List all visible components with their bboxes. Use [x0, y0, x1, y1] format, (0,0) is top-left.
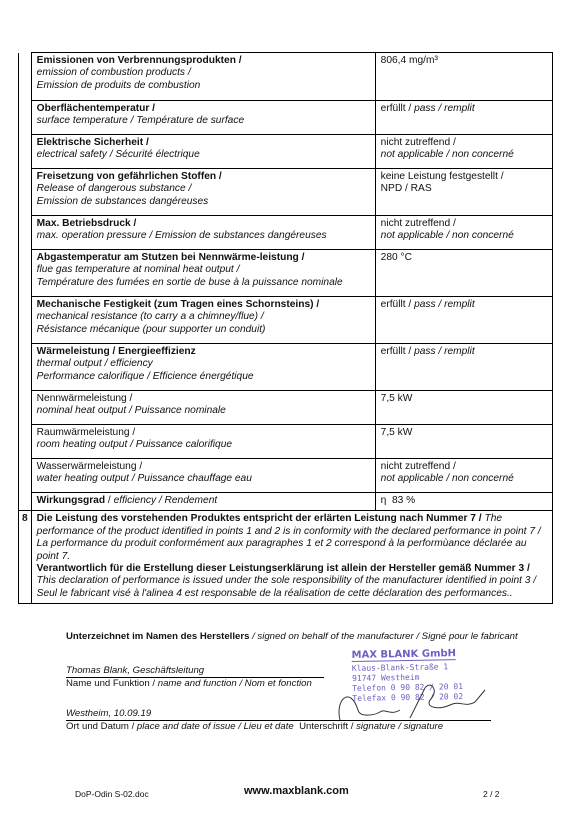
name-value: Thomas Blank, Geschäftsleitung [66, 665, 324, 678]
criterion-en: room heating output / Puissance calorifi… [37, 439, 370, 451]
signature-label-de: Unterschrift / [299, 721, 356, 732]
performance-cell: 7,5 kW [375, 425, 552, 459]
place-label-it: place and date of issue / Lieu et date [137, 721, 294, 732]
efficiency-value: 83 % [392, 495, 415, 506]
row-number-cell [19, 135, 32, 169]
criterion-cell: Emissionen von Verbrennungsprodukten /em… [31, 53, 375, 101]
performance-cell: 280 °C [375, 250, 552, 297]
criterion-de: Raumwärmeleistung / [37, 427, 370, 439]
row-number-cell [19, 250, 32, 297]
performance-cell: nicht zutreffend /not applicable / non c… [375, 459, 552, 493]
section-number: 8 [19, 511, 32, 604]
criterion-de: Elektrische Sicherheit / [37, 137, 370, 149]
performance-value-translation: NPD / RAS [381, 183, 547, 195]
performance-value: 7,5 kW [381, 393, 547, 405]
performance-value-de: nicht zutreffend / [381, 461, 547, 473]
performance-cell: keine Leistung festgestellt /NPD / RAS [375, 169, 552, 216]
criterion-cell: Mechanische Festigkeit (zum Tragen eines… [31, 297, 375, 344]
row-number-cell [19, 169, 32, 216]
performance-cell: erfüllt / pass / remplit [375, 297, 552, 344]
criterion-fr: Résistance mécanique (pour supporter un … [37, 324, 370, 336]
footer-website-link[interactable]: www.maxblank.com [244, 785, 349, 797]
table-row: Elektrische Sicherheit /electrical safet… [19, 135, 553, 169]
criterion-cell: Nennwärmeleistung /nominal heat output /… [31, 391, 375, 425]
section-8-row: 8Die Leistung des vorstehenden Produktes… [19, 511, 553, 604]
signed-on-behalf: Unterzeichnet im Namen des Herstellers /… [66, 631, 518, 643]
signed-de: Unterzeichnet im Namen des Herstellers [66, 631, 249, 642]
responsibility-translation: This declaration of performance is issue… [37, 575, 536, 598]
performance-table: Emissionen von Verbrennungsprodukten /em… [18, 52, 553, 604]
criterion-en: flue gas temperature at nominal heat out… [37, 264, 370, 276]
criterion-en: emission of combustion products / [37, 67, 370, 79]
table-row: Oberflächentemperatur /surface temperatu… [19, 101, 553, 135]
place-date-label: Ort und Datum / place and date of issue … [66, 721, 491, 733]
criterion-cell: Wärmeleistung / Energieeffizienzthermal … [31, 344, 375, 391]
criterion-fr: Emission de produits de combustion [37, 80, 370, 92]
responsibility-de: Verantwortlich für die Erstellung dieser… [37, 563, 530, 574]
performance-cell: erfüllt / pass / remplit [375, 344, 552, 391]
criterion-en: max. operation pressure / Emission de su… [37, 230, 370, 242]
criterion-de: Freisetzung von gefährlichen Stoffen / [37, 171, 370, 183]
row-number-cell [19, 493, 32, 511]
place-date-value: Westheim, 10.09.19 [66, 708, 491, 721]
criterion-de: Max. Betriebsdruck / [37, 218, 370, 230]
criterion-de: Nennwärmeleistung / [37, 393, 370, 405]
performance-value-de: nicht zutreffend / [381, 218, 547, 230]
signature-label-it: signature / signature [356, 721, 443, 732]
table-row: Max. Betriebsdruck /max. operation press… [19, 216, 553, 250]
performance-cell: nicht zutreffend /not applicable / non c… [375, 216, 552, 250]
criterion-fr: Température des fumées en sortie de buse… [37, 277, 370, 289]
criterion-en: thermal output / efficiency [37, 358, 370, 370]
performance-cell: η 83 % [375, 493, 552, 511]
name-label-de: Name und Funktion / [66, 678, 158, 689]
efficiency-symbol: η [381, 495, 392, 506]
name-label-it: name and function / Nom et fonction [158, 678, 312, 689]
criterion-en: Release of dangerous substance / [37, 183, 370, 195]
criterion-de: Mechanische Festigkeit (zum Tragen eines… [37, 299, 370, 311]
criterion-cell: Max. Betriebsdruck /max. operation press… [31, 216, 375, 250]
signed-translation: / signed on behalf of the manufacturer /… [249, 631, 517, 642]
place-date-block: Westheim, 10.09.19 Ort und Datum / place… [66, 708, 491, 732]
row-number-cell [19, 53, 32, 101]
table-row: Freisetzung von gefährlichen Stoffen /Re… [19, 169, 553, 216]
declaration-de: Die Leistung des vorstehenden Produktes … [37, 513, 485, 524]
performance-cell: nicht zutreffend /not applicable / non c… [375, 135, 552, 169]
criterion-de: Wärmeleistung / Energieeffizienz [37, 346, 370, 358]
row-number-cell [19, 297, 32, 344]
performance-value-de: erfüllt / pass / remplit [381, 299, 547, 311]
criterion-cell: Raumwärmeleistung /room heating output /… [31, 425, 375, 459]
row-number-cell [19, 101, 32, 135]
criterion-de: Oberflächentemperatur / [37, 103, 370, 115]
table-row: Wasserwärmeleistung /water heating outpu… [19, 459, 553, 493]
performance-value: 7,5 kW [381, 427, 547, 439]
table-row: Abgastemperatur am Stutzen bei Nennwärme… [19, 250, 553, 297]
performance-value-translation: not applicable / non concerné [381, 149, 547, 161]
performance-value-de: erfüllt / pass / remplit [381, 103, 547, 115]
performance-value-de: erfüllt / pass / remplit [381, 346, 547, 358]
place-label-de: Ort und Datum / [66, 721, 137, 732]
performance-cell: erfüllt / pass / remplit [375, 101, 552, 135]
criterion-cell: Wasserwärmeleistung /water heating outpu… [31, 459, 375, 493]
performance-cell: 7,5 kW [375, 391, 552, 425]
criterion-fr: Emission de substances dangéreuses [37, 196, 370, 208]
criterion-de: Abgastemperatur am Stutzen bei Nennwärme… [37, 252, 370, 264]
stamp-company: MAX BLANK GmbH [352, 649, 457, 662]
footer-page-number: 2 / 2 [483, 788, 500, 800]
performance-value-translation: pass / remplit [414, 299, 475, 310]
performance-value-translation: pass / remplit [414, 346, 475, 357]
performance-value-de: keine Leistung festgestellt / [381, 171, 547, 183]
name-function-block: Thomas Blank, Geschäftsleitung Name und … [66, 665, 324, 689]
criterion-de: Wasserwärmeleistung / [37, 461, 370, 473]
criterion-cell: Freisetzung von gefährlichen Stoffen /Re… [31, 169, 375, 216]
performance-value-translation: not applicable / non concerné [381, 473, 547, 485]
criterion-cell: Wirkungsgrad / efficiency / Rendement [31, 493, 375, 511]
criterion-en: surface temperature / Température de sur… [37, 115, 370, 127]
criterion-de: Emissionen von Verbrennungsprodukten / [37, 55, 370, 67]
performance-cell: 806,4 mg/m³ [375, 53, 552, 101]
performance-value-translation: pass / remplit [414, 103, 475, 114]
table-row: Mechanische Festigkeit (zum Tragen eines… [19, 297, 553, 344]
performance-value: 806,4 mg/m³ [381, 55, 547, 67]
criterion-cell: Elektrische Sicherheit /electrical safet… [31, 135, 375, 169]
criterion-fr: Performance calorifique / Efficience éne… [37, 371, 370, 383]
declaration-cell: Die Leistung des vorstehenden Produktes … [31, 511, 552, 604]
criterion-de: Wirkungsgrad [37, 495, 105, 506]
performance-value-de: nicht zutreffend / [381, 137, 547, 149]
table-row: Nennwärmeleistung /nominal heat output /… [19, 391, 553, 425]
table-row: Raumwärmeleistung /room heating output /… [19, 425, 553, 459]
performance-value-translation: not applicable / non concerné [381, 230, 547, 242]
criterion-en: nominal heat output / Puissance nominale [37, 405, 370, 417]
criterion-en: mechanical resistance (to carry a a chim… [37, 311, 370, 323]
separator: / [105, 495, 114, 506]
table-row: Wirkungsgrad / efficiency / Rendementη 8… [19, 493, 553, 511]
row-number-cell [19, 216, 32, 250]
name-label: Name und Funktion / name and function / … [66, 678, 324, 690]
footer-doc-name: DoP-Odin S-02.doc [75, 788, 149, 800]
criterion-cell: Oberflächentemperatur /surface temperatu… [31, 101, 375, 135]
row-number-cell [19, 425, 32, 459]
criterion-en: water heating output / Puissance chauffa… [37, 473, 370, 485]
row-number-cell [19, 344, 32, 391]
row-number-cell [19, 391, 32, 425]
criterion-en: electrical safety / Sécurité électrique [37, 149, 370, 161]
table-row: Wärmeleistung / Energieeffizienzthermal … [19, 344, 553, 391]
criterion-en: efficiency / Rendement [114, 495, 218, 506]
performance-value: 280 °C [381, 252, 547, 264]
row-number-cell [19, 459, 32, 493]
criterion-cell: Abgastemperatur am Stutzen bei Nennwärme… [31, 250, 375, 297]
table-row: Emissionen von Verbrennungsprodukten /em… [19, 53, 553, 101]
